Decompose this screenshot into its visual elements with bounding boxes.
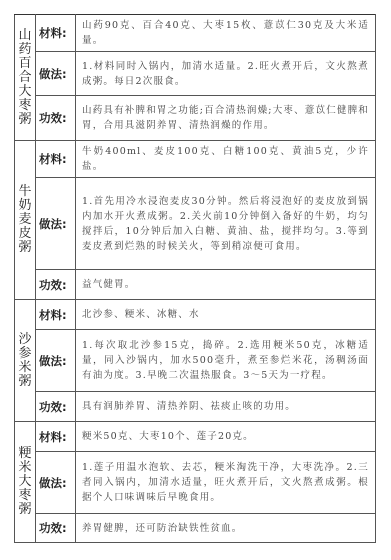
- row-content: 粳米50克、大枣10个、莲子20克。: [76, 422, 376, 452]
- row-label: 功效:: [36, 96, 76, 141]
- row-label: 材料:: [36, 141, 76, 178]
- table-row: 做法: 1.每次取北沙参15克，捣碎。2.选用粳米50克，冰糖适量，同入沙锅内，…: [15, 330, 376, 392]
- recipe-name: 牛奶麦皮粥: [18, 185, 32, 255]
- row-content: 牛奶400ml、麦皮100克、白糖100克、黄油5克，少许盐。: [76, 141, 376, 178]
- row-label: 做法:: [36, 52, 76, 96]
- recipe-name: 沙参米粥: [18, 333, 32, 389]
- row-label: 做法:: [36, 330, 76, 392]
- row-content: 养胃健脾，还可防治缺铁性贫血。: [76, 514, 376, 543]
- row-content: 山药具有补脾和胃之功能;百合清热润燥;大枣、薏苡仁健脾和胃，合用具滋阴养胃、清热…: [76, 96, 376, 141]
- recipe-name-cell: 牛奶麦皮粥: [15, 141, 36, 300]
- row-content: 山药90克、百合40克、大枣15枚、薏苡仁30克及大米适量。: [76, 15, 376, 52]
- row-label: 功效:: [36, 514, 76, 543]
- row-label: 做法:: [36, 452, 76, 514]
- table-row: 做法: 1.莲子用温水泡软、去芯，粳米淘洗干净，大枣洗净。2.三者同入锅内，加清…: [15, 452, 376, 514]
- table-row: 牛奶麦皮粥 材料: 牛奶400ml、麦皮100克、白糖100克、黄油5克，少许盐…: [15, 141, 376, 178]
- recipe-name-cell: 粳米大枣粥: [15, 422, 36, 543]
- row-content: 北沙参、粳米、冰糖、水: [76, 300, 376, 330]
- table-row: 沙参米粥 材料: 北沙参、粳米、冰糖、水: [15, 300, 376, 330]
- row-label: 材料:: [36, 15, 76, 52]
- recipe-name: 粳米大枣粥: [18, 447, 32, 517]
- row-content: 1.莲子用温水泡软、去芯，粳米淘洗干净，大枣洗净。2.三者同入锅内，加清水适量，…: [76, 452, 376, 514]
- row-label: 功效:: [36, 270, 76, 300]
- row-content: 1.每次取北沙参15克，捣碎。2.选用粳米50克，冰糖适量，同入沙锅内，加水50…: [76, 330, 376, 392]
- row-content: 具有润肺养胃、清热养阴、祛痰止咳的功用。: [76, 392, 376, 422]
- row-label: 功效:: [36, 392, 76, 422]
- recipe-name: 山药百合大枣粥: [18, 29, 32, 127]
- table-row: 功效: 山药具有补脾和胃之功能;百合清热润燥;大枣、薏苡仁健脾和胃，合用具滋阴养…: [15, 96, 376, 141]
- table-row: 做法: 1.首先用冷水浸泡麦皮30分钟。然后将浸泡好的麦皮放到锅内加水开火煮成粥…: [15, 178, 376, 270]
- table-row: 做法: 1.材料同时入锅内，加清水适量。2.旺火煮开后，文火熬煮成粥。每日2次服…: [15, 52, 376, 96]
- row-content: 1.材料同时入锅内，加清水适量。2.旺火煮开后，文火熬煮成粥。每日2次服食。: [76, 52, 376, 96]
- recipe-name-cell: 山药百合大枣粥: [15, 15, 36, 141]
- table-row: 粳米大枣粥 材料: 粳米50克、大枣10个、莲子20克。: [15, 422, 376, 452]
- recipe-name-cell: 沙参米粥: [15, 300, 36, 422]
- table-row: 功效: 益气健胃。: [15, 270, 376, 300]
- table-row: 功效: 具有润肺养胃、清热养阴、祛痰止咳的功用。: [15, 392, 376, 422]
- row-label: 做法:: [36, 178, 76, 270]
- table-row: 功效: 养胃健脾，还可防治缺铁性贫血。: [15, 514, 376, 543]
- row-label: 材料:: [36, 300, 76, 330]
- row-content: 益气健胃。: [76, 270, 376, 300]
- row-label: 材料:: [36, 422, 76, 452]
- row-content: 1.首先用冷水浸泡麦皮30分钟。然后将浸泡好的麦皮放到锅内加水开火煮成粥。2.关…: [76, 178, 376, 270]
- recipe-table: 山药百合大枣粥 材料: 山药90克、百合40克、大枣15枚、薏苡仁30克及大米适…: [14, 14, 376, 543]
- table-row: 山药百合大枣粥 材料: 山药90克、百合40克、大枣15枚、薏苡仁30克及大米适…: [15, 15, 376, 52]
